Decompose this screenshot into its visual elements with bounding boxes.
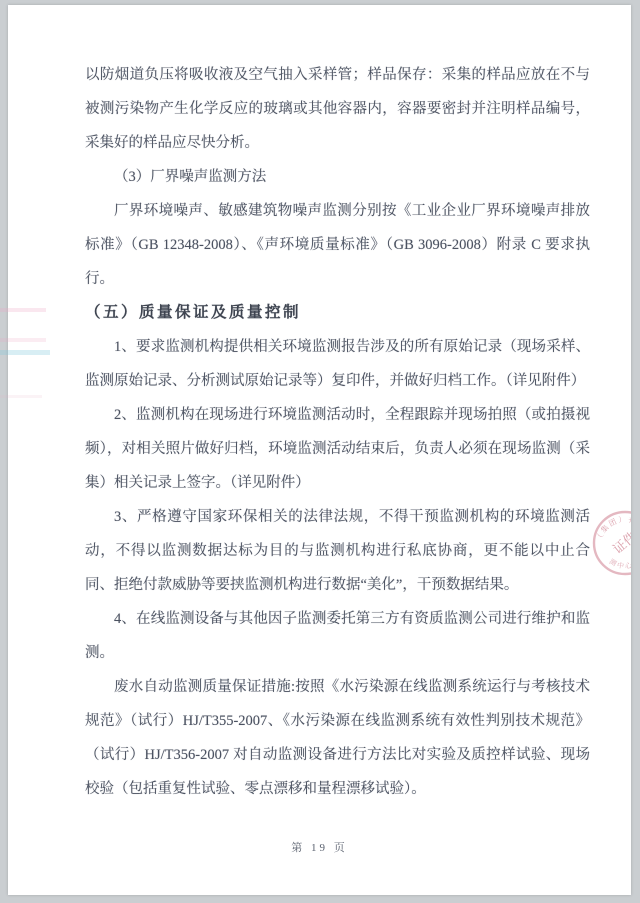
paragraph: 以防烟道负压将吸收液及空气抽入采样管；样品保存：采集的样品应放在不与被测污染物产… [85,58,590,160]
seal-center-text: 证件 [610,529,631,557]
svg-text:测中心: 测中心 [608,557,631,571]
page-content: 以防烟道负压将吸收液及空气抽入采样管；样品保存：采集的样品应放在不与被测污染物产… [85,58,590,806]
company-seal-stamp: （集团）有限公司 测中心 证件 ★ [577,495,631,591]
paragraph: 2、监测机构在现场进行环境监测活动时，全程跟踪并现场拍照（或拍摄视频），对相关照… [85,398,590,500]
paragraph: 厂界环境噪声、敏感建筑物噪声监测分别按《工业企业厂界环境噪声排放标准》（GB 1… [85,194,590,296]
document-page: 以防烟道负压将吸收液及空气抽入采样管；样品保存：采集的样品应放在不与被测污染物产… [8,5,631,895]
paragraph: 4、在线监测设备与其他因子监测委托第三方有资质监测公司进行维护和监测。 [85,602,590,670]
section-heading: （五）质量保证及质量控制 [85,296,590,330]
paragraph: 1、要求监测机构提供相关环境监测报告涉及的所有原始记录（现场采样、监测原始记录、… [85,330,590,398]
scanned-document: { "page": { "background_color": "#caced1… [0,0,640,903]
seal-bottom-text: 测中心 [608,557,631,571]
paragraph: 3、严格遵守国家环保相关的法律法规，不得干预监测机构的环境监测活动，不得以监测数… [85,500,590,602]
paragraph: 废水自动监测质量保证措施:按照《水污染源在线监测系统运行与考核技术规范》（试行）… [85,670,590,806]
page-number: 第 19 页 [8,839,631,855]
paragraph: （3）厂界噪声监测方法 [85,160,590,194]
